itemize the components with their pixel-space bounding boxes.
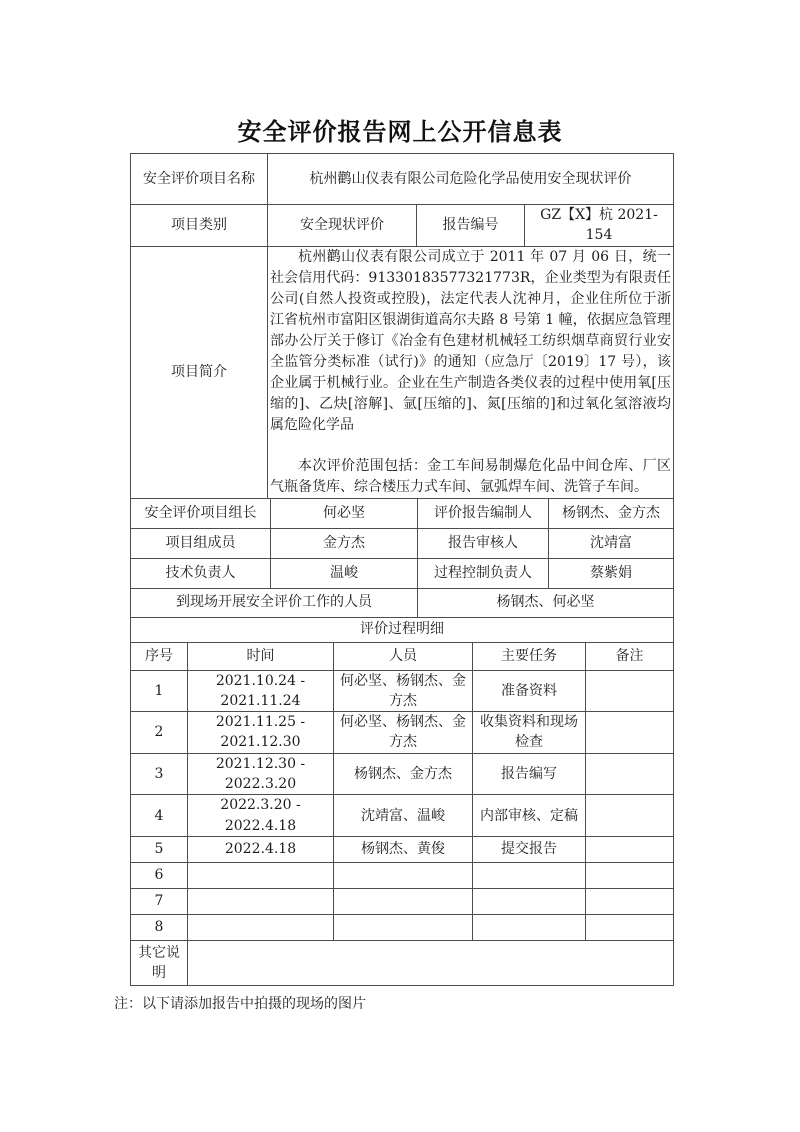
row-no: 4	[131, 795, 188, 837]
intro-content: 杭州鹳山仪表有限公司成立于 2011 年 07 月 06 日，统一社会信用代码：…	[268, 246, 674, 498]
table-row: 项目类别 安全现状评价 报告编号 GZ【X】杭 2021-154	[131, 205, 674, 247]
row-note	[586, 836, 674, 862]
table-row: 6	[131, 862, 674, 888]
table-row: 技术负责人 温峻 过程控制负责人 蔡紫娟	[131, 558, 674, 588]
row-no: 8	[131, 914, 188, 940]
tech-lead-value: 温峻	[271, 558, 418, 588]
table-row: 7	[131, 888, 674, 914]
team-leader-value: 何必坚	[271, 498, 418, 528]
report-reviewer-label: 报告审核人	[418, 528, 549, 558]
table-row: 安全评价项目组长 何必坚 评价报告编制人 杨钢杰、金方杰	[131, 498, 674, 528]
row-time: 2021.11.25 - 2021.12.30	[188, 712, 334, 754]
row-time: 2021.12.30 - 2022.3.20	[188, 753, 334, 795]
report-reviewer-value: 沈靖富	[549, 528, 674, 558]
table-row: 5 2022.4.18 杨钢杰、黄俊 提交报告	[131, 836, 674, 862]
row-persons: 杨钢杰、金方杰	[334, 753, 473, 795]
row-persons	[334, 888, 473, 914]
footnote: 注：以下请添加报告中拍摄的现场的图片	[114, 993, 800, 1013]
info-table-top: 安全评价项目名称 杭州鹳山仪表有限公司危险化学品使用安全现状评价 项目类别 安全…	[130, 153, 674, 499]
table-row: 其它说明	[131, 940, 674, 985]
document-page: 安全评价报告网上公开信息表 安全评价项目名称 杭州鹳山仪表有限公司危险化学品使用…	[0, 0, 800, 1132]
col-header-no: 序号	[131, 642, 188, 670]
report-no-value: GZ【X】杭 2021-154	[525, 205, 674, 247]
row-persons	[334, 914, 473, 940]
row-time: 2022.4.18	[188, 836, 334, 862]
row-time: 2021.10.24 - 2021.11.24	[188, 670, 334, 712]
table-row: 评价过程明细	[131, 617, 674, 642]
team-table: 安全评价项目组长 何必坚 评价报告编制人 杨钢杰、金方杰 项目组成员 金方杰 报…	[130, 498, 674, 618]
row-persons: 何必坚、杨钢杰、金方杰	[334, 712, 473, 754]
site-personnel-label: 到现场开展安全评价工作的人员	[131, 588, 418, 617]
row-note	[586, 753, 674, 795]
row-persons: 何必坚、杨钢杰、金方杰	[334, 670, 473, 712]
row-time	[188, 862, 334, 888]
table-row: 1 2021.10.24 - 2021.11.24 何必坚、杨钢杰、金方杰 准备…	[131, 670, 674, 712]
row-note	[586, 914, 674, 940]
row-no: 6	[131, 862, 188, 888]
col-header-persons: 人员	[334, 642, 473, 670]
intro-paragraph-2: 本次评价范围包括：金工车间易制爆危化品中间仓库、厂区气瓶备货库、综合楼压力式车间…	[270, 456, 671, 498]
report-author-value: 杨钢杰、金方杰	[549, 498, 674, 528]
row-time	[188, 888, 334, 914]
intro-label: 项目简介	[131, 246, 268, 498]
report-author-label: 评价报告编制人	[418, 498, 549, 528]
row-task	[473, 888, 586, 914]
project-name-label: 安全评价项目名称	[131, 154, 268, 205]
table-row: 2 2021.11.25 - 2021.12.30 何必坚、杨钢杰、金方杰 收集…	[131, 712, 674, 754]
row-persons: 杨钢杰、黄俊	[334, 836, 473, 862]
row-persons	[334, 862, 473, 888]
category-label: 项目类别	[131, 205, 268, 247]
table-row: 8	[131, 914, 674, 940]
col-header-time: 时间	[188, 642, 334, 670]
process-table: 评价过程明细 序号 时间 人员 主要任务 备注 1 2021.10.24 - 2…	[130, 617, 674, 986]
row-task: 报告编写	[473, 753, 586, 795]
intro-paragraph-1: 杭州鹳山仪表有限公司成立于 2011 年 07 月 06 日，统一社会信用代码：…	[270, 247, 671, 436]
col-header-note: 备注	[586, 642, 674, 670]
report-no-label: 报告编号	[417, 205, 525, 247]
other-notes-value	[188, 940, 674, 985]
table-row: 安全评价项目名称 杭州鹳山仪表有限公司危险化学品使用安全现状评价	[131, 154, 674, 205]
category-value: 安全现状评价	[268, 205, 417, 247]
row-note	[586, 670, 674, 712]
project-name-value: 杭州鹳山仪表有限公司危险化学品使用安全现状评价	[268, 154, 674, 205]
table-row: 3 2021.12.30 - 2022.3.20 杨钢杰、金方杰 报告编写	[131, 753, 674, 795]
process-control-label: 过程控制负责人	[418, 558, 549, 588]
row-task	[473, 862, 586, 888]
row-no: 3	[131, 753, 188, 795]
team-leader-label: 安全评价项目组长	[131, 498, 271, 528]
row-note	[586, 712, 674, 754]
table-row: 项目组成员 金方杰 报告审核人 沈靖富	[131, 528, 674, 558]
row-task: 内部审核、定稿	[473, 795, 586, 837]
row-time	[188, 914, 334, 940]
row-note	[586, 795, 674, 837]
row-task: 准备资料	[473, 670, 586, 712]
process-control-value: 蔡紫娟	[549, 558, 674, 588]
table-row: 项目简介 杭州鹳山仪表有限公司成立于 2011 年 07 月 06 日，统一社会…	[131, 246, 674, 498]
row-note	[586, 862, 674, 888]
row-no: 7	[131, 888, 188, 914]
row-task	[473, 914, 586, 940]
tech-lead-label: 技术负责人	[131, 558, 271, 588]
team-members-label: 项目组成员	[131, 528, 271, 558]
row-note	[586, 888, 674, 914]
col-header-task: 主要任务	[473, 642, 586, 670]
process-section-title: 评价过程明细	[131, 617, 674, 642]
team-members-value: 金方杰	[271, 528, 418, 558]
table-header-row: 序号 时间 人员 主要任务 备注	[131, 642, 674, 670]
page-title: 安全评价报告网上公开信息表	[0, 0, 800, 153]
row-no: 1	[131, 670, 188, 712]
table-row: 到现场开展安全评价工作的人员 杨钢杰、何必坚	[131, 588, 674, 617]
row-no: 2	[131, 712, 188, 754]
site-personnel-value: 杨钢杰、何必坚	[418, 588, 674, 617]
row-persons: 沈靖富、温峻	[334, 795, 473, 837]
row-task: 收集资料和现场检查	[473, 712, 586, 754]
row-time: 2022.3.20 - 2022.4.18	[188, 795, 334, 837]
table-row: 4 2022.3.20 - 2022.4.18 沈靖富、温峻 内部审核、定稿	[131, 795, 674, 837]
other-notes-label: 其它说明	[131, 940, 188, 985]
row-task: 提交报告	[473, 836, 586, 862]
row-no: 5	[131, 836, 188, 862]
